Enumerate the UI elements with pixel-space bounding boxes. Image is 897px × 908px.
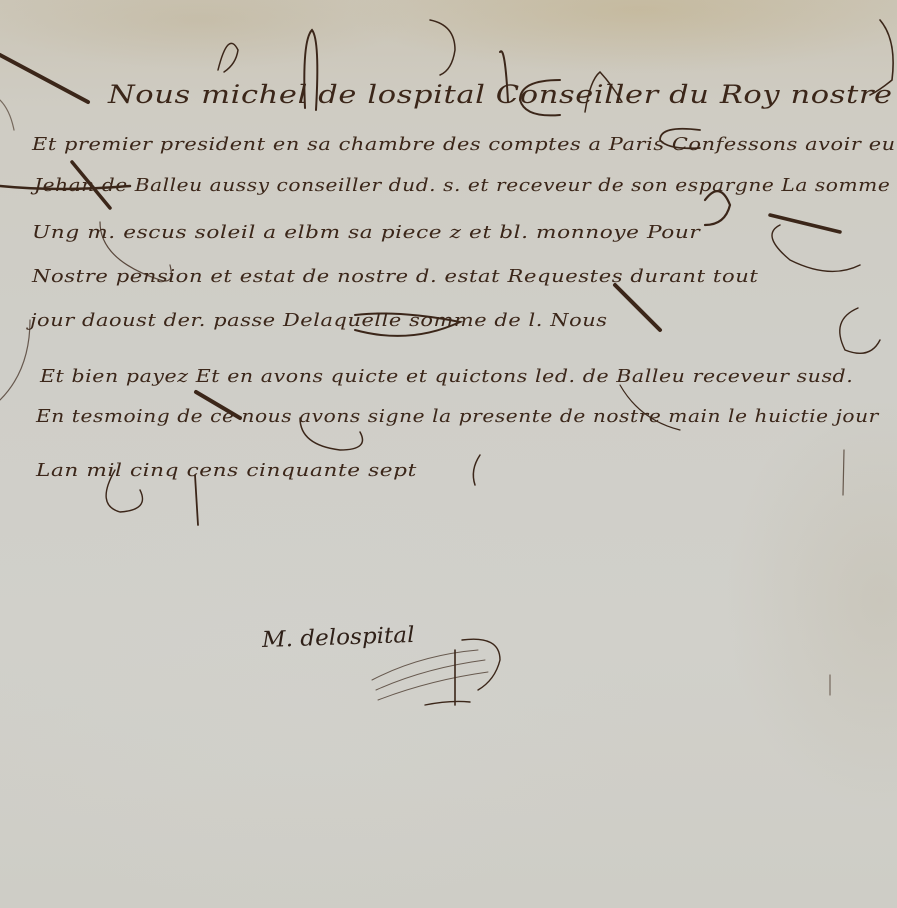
manuscript-line-8: En tesmoing de ce nous avons signe la pr… [36,406,879,427]
manuscript-line-5: Nostre pension et estat de nostre d. est… [32,266,758,287]
manuscript-line-7: Et bien payez Et en avons quicte et quic… [40,366,853,387]
manuscript-line-2: Et premier president en sa chambre des c… [32,134,896,155]
manuscript-line-4: Ung m. escus soleil a elbm sa piece z et… [32,222,700,243]
manuscript-line-9: Lan mil cinq cens cinquante sept [36,460,417,481]
manuscript-line-1: Nous michel de lospital Conseiller du Ro… [108,80,897,109]
manuscript-line-6: jour daoust der. passe Delaquelle somme … [30,310,608,331]
signature: M. delospital [262,623,415,653]
parchment-page: Nous michel de lospital Conseiller du Ro… [0,0,897,908]
manuscript-line-3: Jehan de Balleu aussy conseiller dud. s.… [34,175,897,196]
